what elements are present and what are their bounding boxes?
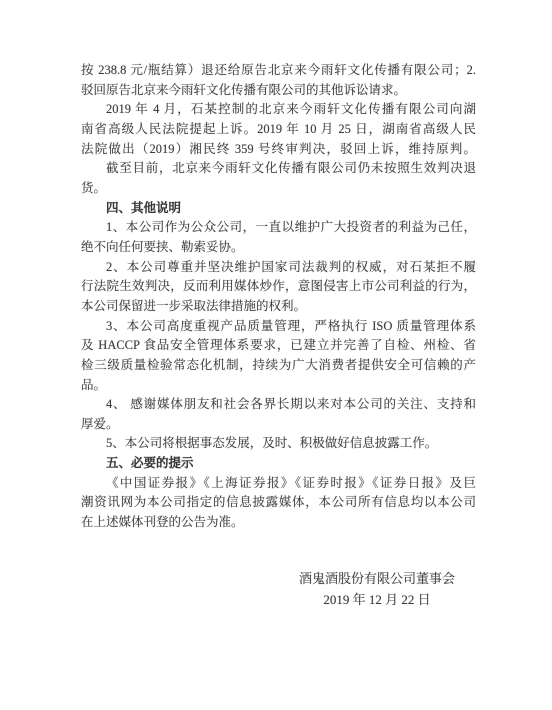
text-line: 2019 年 4 月，石某控制的北京来今雨轩文化传播有限公司向湖 (81, 100, 476, 120)
date: 2019 年 12 月 22 日 (299, 589, 455, 611)
text-line: 厚爱。 (81, 415, 476, 435)
text-line: 2、本公司尊重并坚决维护国家司法裁判的权威，对石某拒不履 (81, 258, 476, 278)
text-line: 5、本公司将根据事态发展，及时、积极做好信息披露工作。 (81, 434, 476, 454)
document-body: 按 238.8 元/瓶结算）退还给原告北京来今雨轩文化传播有限公司；2. 驳回原… (81, 61, 476, 611)
text-line: 4、 感谢媒体朋友和社会各界长期以来对本公司的关注、支持和 (81, 395, 476, 415)
text-line: 1、本公司作为公众公司，一直以维护广大投资者的利益为己任， (81, 218, 476, 238)
document-page: 按 238.8 元/瓶结算）退还给原告北京来今雨轩文化传播有限公司；2. 驳回原… (0, 0, 552, 710)
text-line: 《中国证券报》《上海证券报》《证券时报》《证券日报》及巨 (81, 474, 476, 494)
text-line: 及 HACCP 食品安全管理体系要求，已建立并完善了自检、州检、省 (81, 336, 476, 356)
section-heading-other-notes: 四、其他说明 (81, 199, 476, 219)
text-line: 在上述媒体刊登的公告为准。 (81, 513, 476, 533)
text-line: 南省高级人民法院提起上诉。2019 年 10 月 25 日，湖南省高级人民 (81, 120, 476, 140)
text-line: 按 238.8 元/瓶结算）退还给原告北京来今雨轩文化传播有限公司；2. (81, 61, 476, 81)
text-line: 本公司保留进一步采取法律措施的权利。 (81, 297, 476, 317)
section-heading-necessary-notice: 五、必要的提示 (81, 454, 476, 474)
signature: 酒鬼酒股份有限公司董事会 (299, 568, 455, 590)
text-line: 货。 (81, 179, 476, 199)
signature-block: 酒鬼酒股份有限公司董事会 2019 年 12 月 22 日 (299, 568, 455, 611)
text-line: 法院做出（2019）湘民终 359 号终审判决，驳回上诉，维持原判。 (81, 140, 476, 160)
text-line: 驳回原告北京来今雨轩文化传播有限公司的其他诉讼请求。 (81, 81, 476, 101)
text-line: 检三级质量检验常态化机制，持续为广大消费者提供安全可信赖的产 (81, 356, 476, 376)
text-line: 行法院生效判决，反而利用媒体炒作，意图侵害上市公司利益的行为， (81, 277, 476, 297)
text-line: 截至目前，北京来今雨轩文化传播有限公司仍未按照生效判决退 (81, 159, 476, 179)
text-line: 绝不向任何要挟、勒索妥协。 (81, 238, 476, 258)
text-line: 品。 (81, 376, 476, 396)
text-line: 潮资讯网为本公司指定的信息披露媒体，本公司所有信息均以本公司 (81, 493, 476, 513)
text-line: 3、本公司高度重视产品质量管理，严格执行 ISO 质量管理体系 (81, 317, 476, 337)
